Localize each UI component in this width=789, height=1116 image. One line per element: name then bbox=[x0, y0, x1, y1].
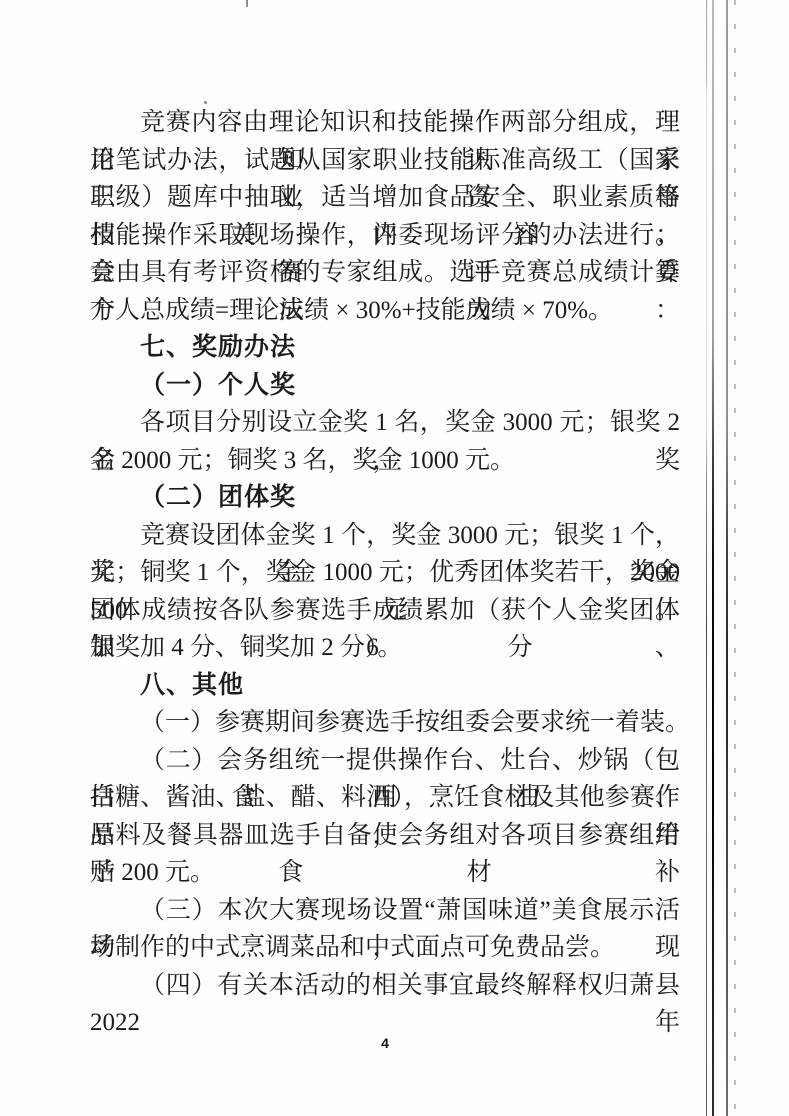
document-body: 竞赛内容由理论知识和技能操作两部分组成，理论知识采用笔试办法，试题从国家职业技能… bbox=[90, 104, 680, 1004]
section-heading: 七、奖励办法 bbox=[90, 329, 680, 367]
section-heading: 八、其他 bbox=[90, 667, 680, 705]
scanned-document-page: 竞赛内容由理论知识和技能操作两部分组成，理论知识采用笔试办法，试题从国家职业技能… bbox=[0, 0, 789, 1116]
document-line: 各项目分别设立金奖 1 名，奖金 3000 元；银奖 2 名，奖 bbox=[90, 404, 680, 442]
document-line: 三级）题库中抽取，适当增加食品安全、职业素质等相关内容； bbox=[90, 179, 680, 217]
document-line: 白糖、酱油、盐、醋、料酒），烹饪食材及其他参赛作品使用 bbox=[90, 779, 680, 817]
scan-artifact-line-1 bbox=[706, 0, 707, 1116]
scan-speck bbox=[204, 101, 207, 104]
document-line: 原料及餐具器皿选手自备，会务组对各项目参赛组给予食材补 bbox=[90, 817, 680, 855]
page-number: 4 bbox=[90, 1033, 680, 1053]
document-line: （二）会务组统一提供操作台、灶台、炒锅（包括食用油、 bbox=[90, 742, 680, 780]
document-line: 团体成绩按各队参赛选手成绩累加（获个人金奖团体加 6 分、 bbox=[90, 592, 680, 630]
document-line: 会由具有考评资格的专家组成。选手竞赛总成绩计算方法为： bbox=[90, 254, 680, 292]
document-line: 技能操作采取现场操作，评委现场评分的办法进行。竞赛评委 bbox=[90, 217, 680, 255]
document-line: （四）有关本活动的相关事宜最终解释权归萧县 2022 年 bbox=[90, 967, 680, 1005]
scan-speck bbox=[455, 305, 457, 307]
document-line: （一）参赛期间参赛选手按组委会要求统一着装。 bbox=[90, 704, 680, 742]
scan-speck bbox=[246, 0, 248, 7]
document-line: 元；铜奖 1 个，奖金 1000 元；优秀团体奖若干，奖金 500 元。 bbox=[90, 554, 680, 592]
document-line: 竞赛设团体金奖 1 个，奖金 3000 元；银奖 1 个，奖金 2000 bbox=[90, 517, 680, 555]
section-heading: （二）团体奖 bbox=[90, 479, 680, 517]
document-line: 个人总成绩=理论成绩 × 30%+技能成绩 × 70%。 bbox=[90, 292, 680, 330]
scan-artifact-line-2 bbox=[712, 0, 714, 1116]
document-line: 竞赛内容由理论知识和技能操作两部分组成，理论知识采 bbox=[90, 104, 680, 142]
document-line: （三）本次大赛现场设置“萧国味道”美食展示活动，现 bbox=[90, 892, 680, 930]
scan-artifact-line-3 bbox=[726, 0, 728, 1116]
scan-artifact-dashes bbox=[734, 0, 736, 1116]
document-line: 用笔试办法，试题从国家职业技能标准高级工（国家职业资格 bbox=[90, 142, 680, 180]
section-heading: （一）个人奖 bbox=[90, 367, 680, 405]
document-line: 场制作的中式烹调菜品和中式面点可免费品尝。 bbox=[90, 929, 680, 967]
